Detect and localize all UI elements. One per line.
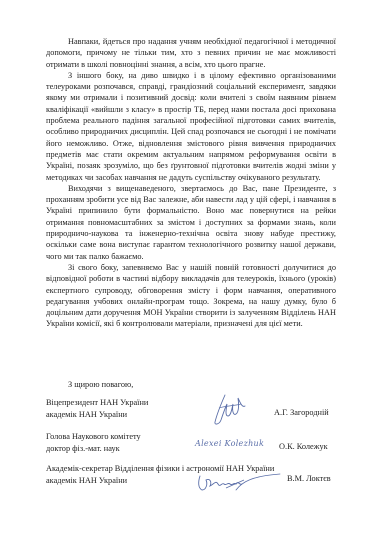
signature-zagorodniy-icon: [211, 392, 251, 428]
paragraph-3: Виходячи з вищенаведеного, звертаємось д…: [46, 183, 336, 262]
paragraph-2: З іншого боку, на диво швидко і в цілому…: [46, 70, 336, 183]
signatory-3-title: Академік-секретар Відділення фізики і ас…: [46, 463, 336, 475]
signatory-2-title: Голова Наукового комітету: [46, 431, 336, 443]
signatory-1-title: Віцепрезидент НАН України: [46, 397, 336, 409]
signature-kolezhuk-handwritten: Alexei Kolezhuk: [195, 439, 264, 448]
paragraph-1: Навпаки, йдеться про надання учням необх…: [46, 36, 336, 70]
letter-body: Навпаки, йдеться про надання учням необх…: [46, 36, 336, 330]
closing-salutation: З щирою повагою,: [68, 380, 133, 389]
signatory-3-name: В.М. Локтєв: [287, 474, 331, 483]
signatory-1-name: А.Г. Загородній: [274, 408, 329, 417]
paragraph-4: Зі свого боку, запевняємо Вас у нашій по…: [46, 262, 336, 330]
signatory-2-name: О.К. Колежук: [279, 442, 328, 451]
signature-loktev-icon: [196, 470, 282, 494]
